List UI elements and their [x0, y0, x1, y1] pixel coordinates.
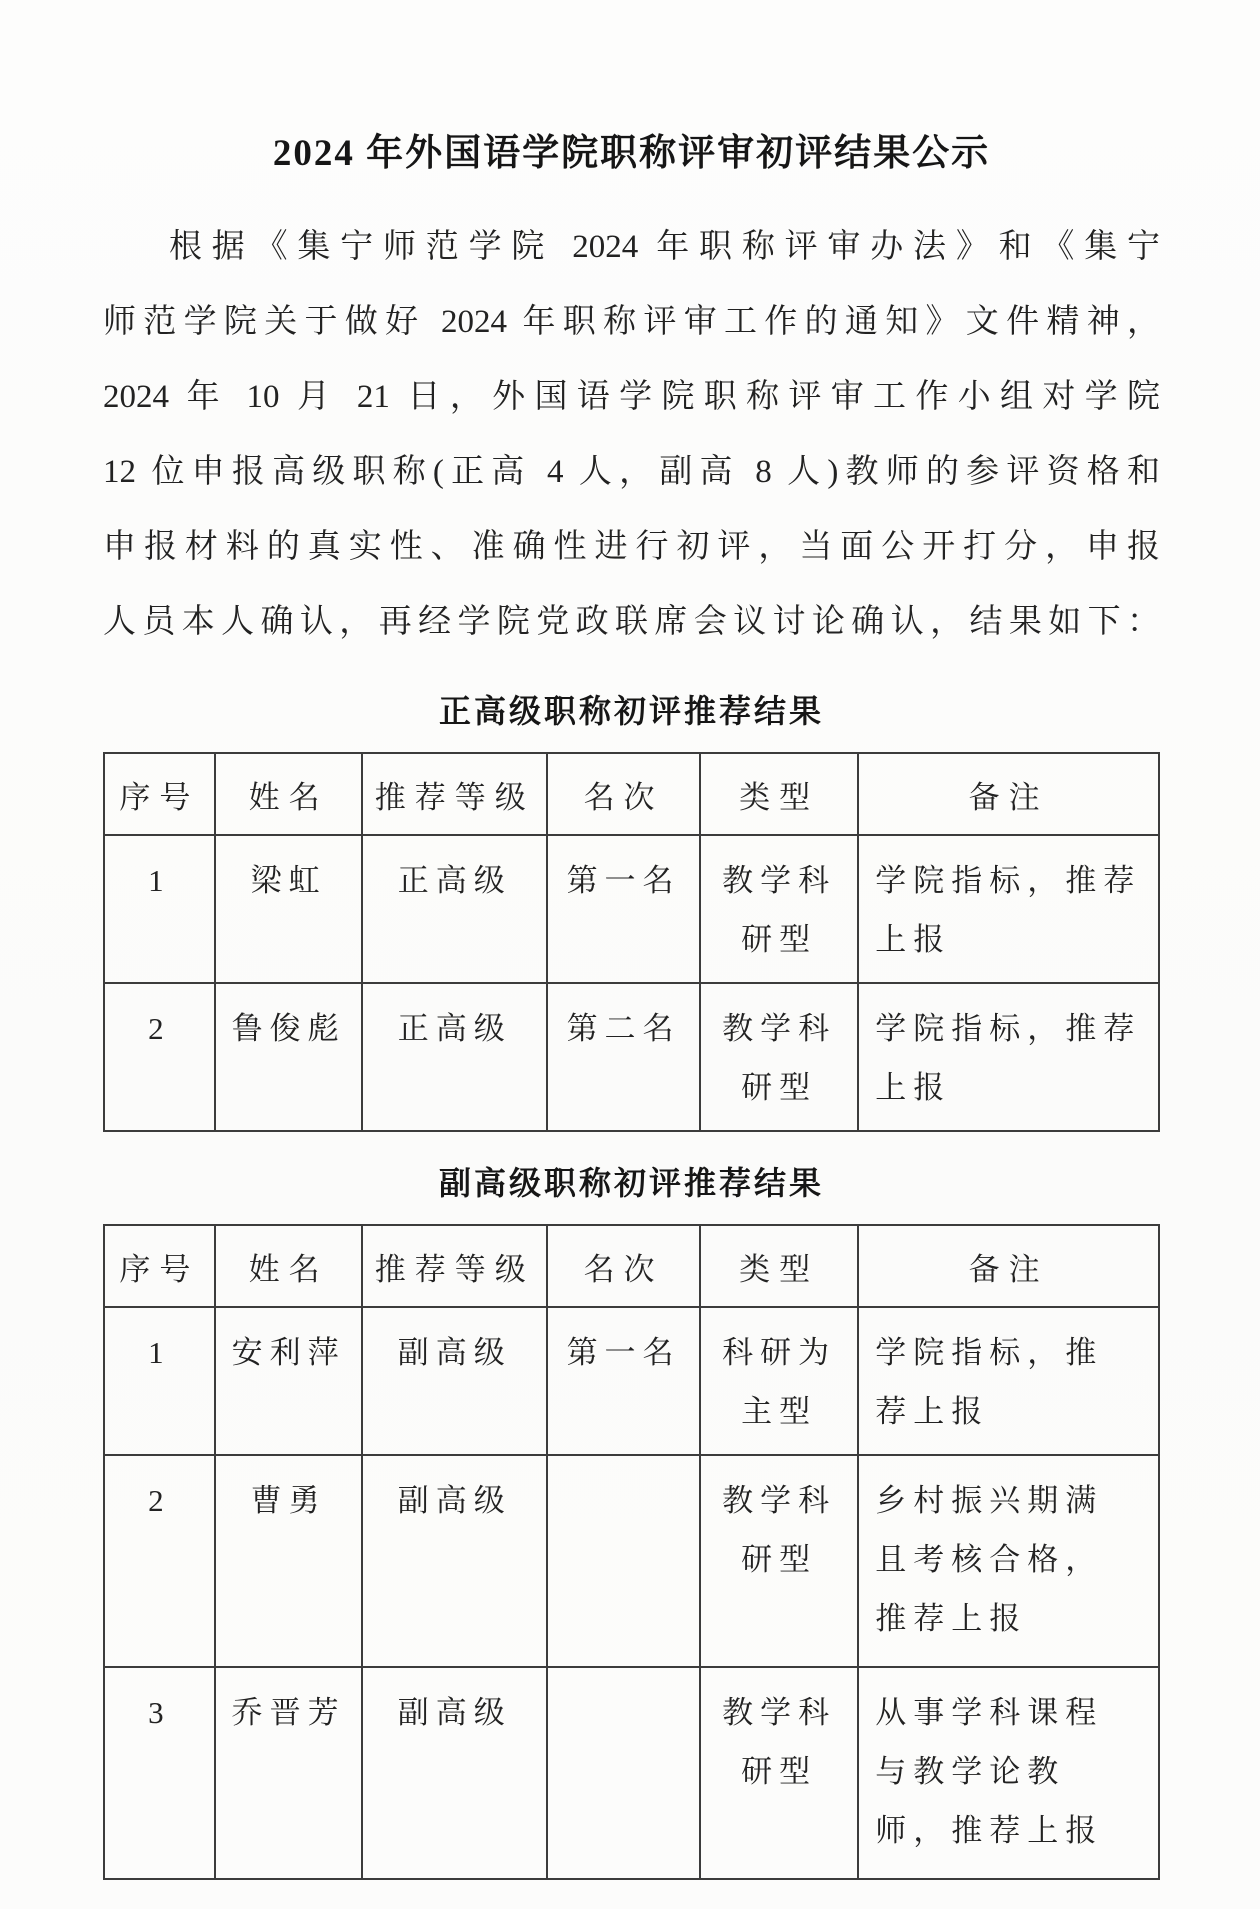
table-cell-remark: 乡村振兴期满 且考核合格， 推荐上报 [858, 1455, 1159, 1667]
body-paragraph: 根据《集宁师范学院 2024 年职称评审办法》和《集宁 师范学院关于做好 202… [103, 210, 1160, 660]
table-row: 3 乔晋芳 副高级 教学科 研型 从事学科课程 与教学论教 师，推荐上报 [104, 1667, 1159, 1879]
table-cell-name: 乔晋芳 [215, 1667, 363, 1879]
table-section-senior: 正高级职称初评推荐结果 序号 姓名 推荐等级 名次 类型 备注 [103, 686, 1160, 1132]
table-row: 1 安利萍 副高级 第一名 科研为 主型 学院指标，推 荐上报 [104, 1307, 1159, 1455]
table-cell-name: 安利萍 [215, 1307, 363, 1455]
page-title: 2024 年外国语学院职称评审初评结果公示 [103, 122, 1160, 176]
paragraph-line: 申报材料的真实性、准确性进行初评，当面公开打分，申报 [103, 510, 1160, 585]
column-header: 类型 [700, 753, 858, 835]
column-header: 推荐等级 [362, 1225, 547, 1307]
table-cell-name: 曹勇 [215, 1455, 363, 1667]
paragraph-line: 2024 年 10 月 21 日，外国语学院职称评审工作小组对学院 [103, 360, 1160, 435]
column-header: 备注 [858, 1225, 1159, 1307]
column-header: 名次 [547, 753, 700, 835]
table-cell-rank [547, 1667, 700, 1879]
table-cell-index: 1 [104, 1307, 215, 1455]
table-cell-type: 教学科 研型 [700, 983, 858, 1131]
paragraph-line: 12 位申报高级职称(正高 4 人，副高 8 人)教师的参评资格和 [103, 435, 1160, 510]
table-cell-rank: 第一名 [547, 1307, 700, 1455]
table-row: 2 鲁俊彪 正高级 第二名 教学科 研型 学院指标，推荐 上报 [104, 983, 1159, 1131]
table-cell-name: 梁虹 [215, 835, 363, 983]
senior-results-table: 序号 姓名 推荐等级 名次 类型 备注 1 梁虹 正高级 第一名 教学科 研型 [103, 752, 1160, 1132]
table-row: 2 曹勇 副高级 教学科 研型 乡村振兴期满 且考核合格， 推荐上报 [104, 1455, 1159, 1667]
table-cell-grade: 正高级 [362, 835, 547, 983]
column-header: 类型 [700, 1225, 858, 1307]
table-cell-rank [547, 1455, 700, 1667]
table-cell-index: 2 [104, 983, 215, 1131]
table-cell-remark: 从事学科课程 与教学论教 师，推荐上报 [858, 1667, 1159, 1879]
table-heading-senior: 正高级职称初评推荐结果 [103, 686, 1160, 732]
table-row: 1 梁虹 正高级 第一名 教学科 研型 学院指标，推荐 上报 [104, 835, 1159, 983]
column-header: 名次 [547, 1225, 700, 1307]
table-cell-rank: 第一名 [547, 835, 700, 983]
column-header: 备注 [858, 753, 1159, 835]
header-row: 序号 姓名 推荐等级 名次 类型 备注 [104, 753, 1159, 835]
header-row: 序号 姓名 推荐等级 名次 类型 备注 [104, 1225, 1159, 1307]
table-cell-type: 科研为 主型 [700, 1307, 858, 1455]
table-section-associate: 副高级职称初评推荐结果 序号 姓名 推荐等级 名次 类型 备注 [103, 1158, 1160, 1880]
table-cell-grade: 副高级 [362, 1667, 547, 1879]
column-header: 序号 [104, 753, 215, 835]
table-cell-index: 3 [104, 1667, 215, 1879]
table-cell-rank: 第二名 [547, 983, 700, 1131]
table-heading-associate: 副高级职称初评推荐结果 [103, 1158, 1160, 1204]
table-cell-grade: 副高级 [362, 1455, 547, 1667]
column-header: 姓名 [215, 1225, 363, 1307]
table-cell-name: 鲁俊彪 [215, 983, 363, 1131]
table-cell-type: 教学科 研型 [700, 1667, 858, 1879]
table-cell-index: 1 [104, 835, 215, 983]
document-content: 2024 年外国语学院职称评审初评结果公示 根据《集宁师范学院 2024 年职称… [103, 122, 1160, 1880]
table-cell-type: 教学科 研型 [700, 835, 858, 983]
column-header: 姓名 [215, 753, 363, 835]
column-header: 推荐等级 [362, 753, 547, 835]
table-cell-index: 2 [104, 1455, 215, 1667]
table-cell-remark: 学院指标，推 荐上报 [858, 1307, 1159, 1455]
table-cell-type: 教学科 研型 [700, 1455, 858, 1667]
paragraph-line: 根据《集宁师范学院 2024 年职称评审办法》和《集宁 [103, 210, 1160, 285]
paragraph-line: 人员本人确认，再经学院党政联席会议讨论确认，结果如下： [103, 585, 1160, 660]
table-cell-remark: 学院指标，推荐 上报 [858, 983, 1159, 1131]
associate-results-table: 序号 姓名 推荐等级 名次 类型 备注 1 安利萍 副高级 第一名 科研为 主型 [103, 1224, 1160, 1880]
table-cell-grade: 副高级 [362, 1307, 547, 1455]
paragraph-line: 师范学院关于做好 2024 年职称评审工作的通知》文件精神， [103, 285, 1160, 360]
table-cell-grade: 正高级 [362, 983, 547, 1131]
scanned-document-page: 2024 年外国语学院职称评审初评结果公示 根据《集宁师范学院 2024 年职称… [0, 0, 1260, 1909]
table-cell-remark: 学院指标，推荐 上报 [858, 835, 1159, 983]
column-header: 序号 [104, 1225, 215, 1307]
